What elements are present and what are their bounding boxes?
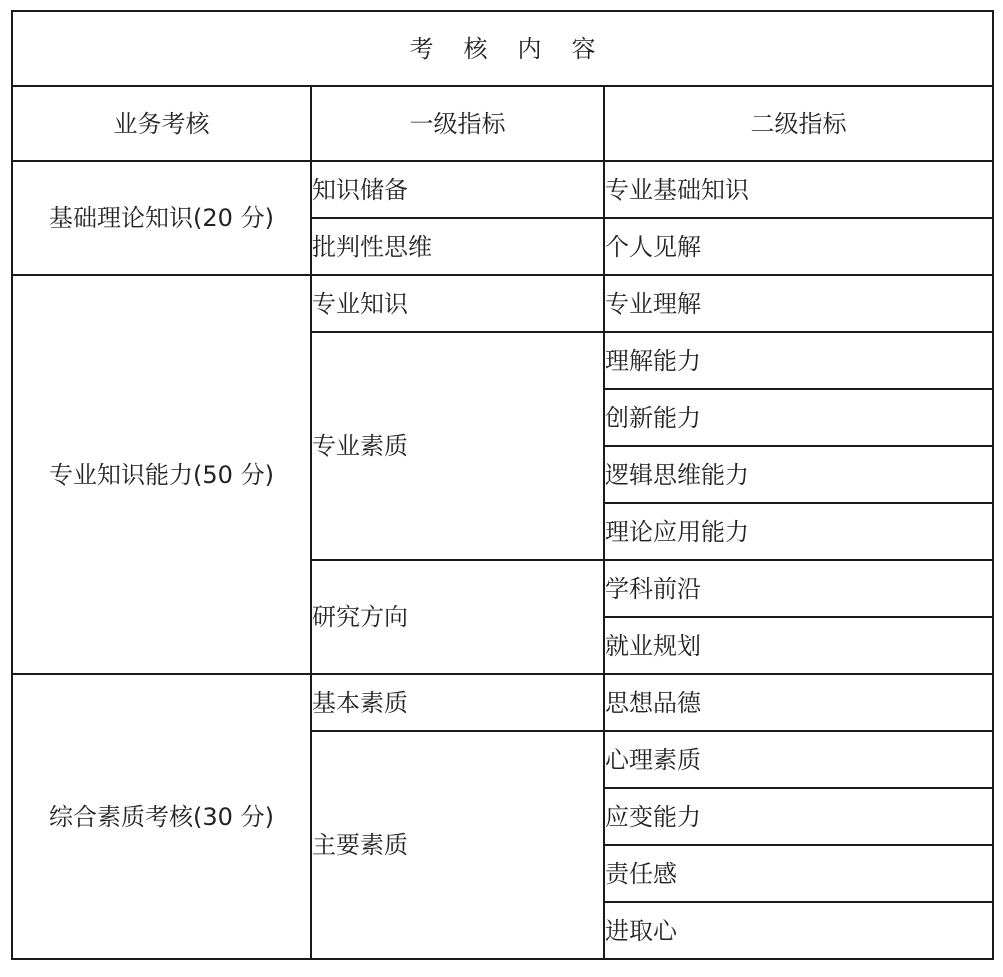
header-business-assessment: 业务考核 [12, 86, 311, 161]
level1-cell: 批判性思维 [311, 218, 604, 275]
category-cell: 专业知识能力(50 分) [12, 275, 311, 674]
assessment-table: 考核内容 业务考核 一级指标 二级指标 基础理论知识(20 分) 知识储备 专业… [11, 10, 994, 960]
level1-cell: 知识储备 [311, 161, 604, 218]
level2-cell: 学科前沿 [604, 560, 993, 617]
level1-cell: 专业知识 [311, 275, 604, 332]
level2-cell: 专业基础知识 [604, 161, 993, 218]
level2-cell: 专业理解 [604, 275, 993, 332]
table-title-cell: 考核内容 [12, 11, 993, 86]
level2-cell: 应变能力 [604, 788, 993, 845]
category-cell: 综合素质考核(30 分) [12, 674, 311, 959]
table-row: 基础理论知识(20 分) 知识储备 专业基础知识 [12, 161, 993, 218]
table-row: 专业知识能力(50 分) 专业知识 专业理解 [12, 275, 993, 332]
table-title: 考核内容 [380, 35, 626, 63]
level1-cell: 专业素质 [311, 332, 604, 560]
level2-cell: 创新能力 [604, 389, 993, 446]
level2-cell: 心理素质 [604, 731, 993, 788]
header-row: 业务考核 一级指标 二级指标 [12, 86, 993, 161]
level2-cell: 理解能力 [604, 332, 993, 389]
level1-cell: 主要素质 [311, 731, 604, 959]
level1-cell: 基本素质 [311, 674, 604, 731]
header-level1-indicator: 一级指标 [311, 86, 604, 161]
level2-cell: 就业规划 [604, 617, 993, 674]
table-row: 综合素质考核(30 分) 基本素质 思想品德 [12, 674, 993, 731]
title-row: 考核内容 [12, 11, 993, 86]
category-cell: 基础理论知识(20 分) [12, 161, 311, 275]
header-level2-indicator: 二级指标 [604, 86, 993, 161]
level2-cell: 逻辑思维能力 [604, 446, 993, 503]
level2-cell: 个人见解 [604, 218, 993, 275]
level2-cell: 理论应用能力 [604, 503, 993, 560]
level2-cell: 进取心 [604, 902, 993, 959]
level2-cell: 思想品德 [604, 674, 993, 731]
level2-cell: 责任感 [604, 845, 993, 902]
level1-cell: 研究方向 [311, 560, 604, 674]
